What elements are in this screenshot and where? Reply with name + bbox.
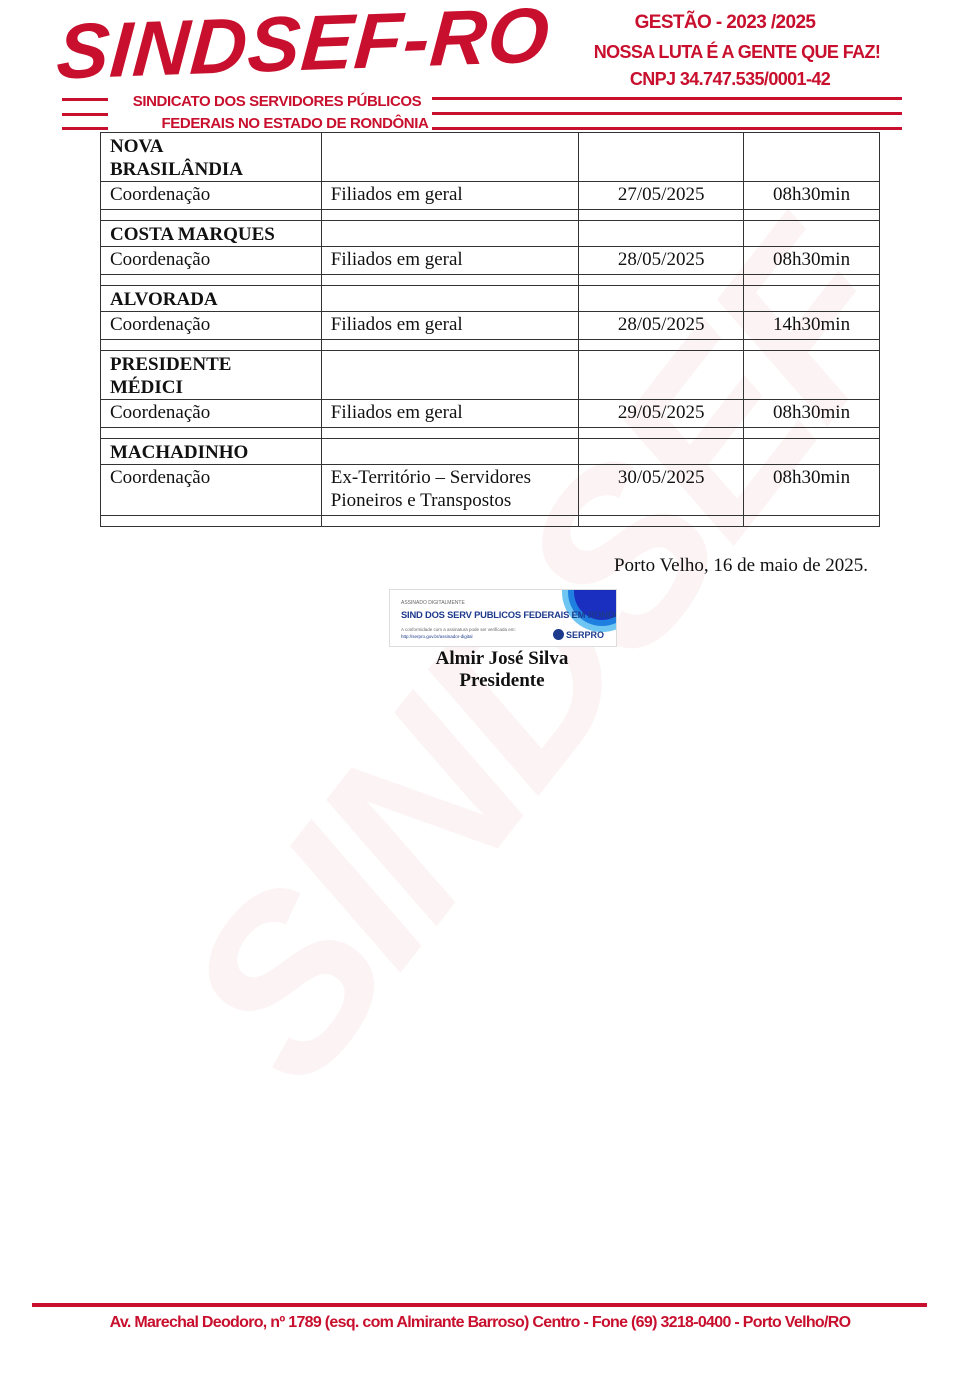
table-row: CoordenaçãoFiliados em geral27/05/202508…: [101, 182, 880, 210]
signer-role: Presidente: [400, 670, 604, 692]
serpro-logo: SERPRO: [553, 629, 604, 640]
meeting-date: 29/05/2025: [579, 400, 744, 428]
empty-cell: [101, 516, 322, 527]
meeting-type: Coordenação: [101, 312, 322, 340]
empty-cell: [744, 221, 880, 247]
location-name-line: NOVA: [110, 135, 312, 158]
meeting-date: 28/05/2025: [579, 312, 744, 340]
empty-cell: [321, 439, 579, 465]
location-name: ALVORADA: [101, 286, 322, 312]
table-row: CoordenaçãoFiliados em geral29/05/202508…: [101, 400, 880, 428]
meeting-time: 08h30min: [744, 182, 880, 210]
schedule-table: NOVABRASILÂNDIACoordenaçãoFiliados em ge…: [100, 132, 880, 527]
location-name-line: PRESIDENTE: [110, 353, 312, 376]
empty-cell: [744, 133, 880, 182]
table-row: CoordenaçãoFiliados em geral28/05/202514…: [101, 312, 880, 340]
empty-cell: [579, 340, 744, 351]
location-name-line: MÉDICI: [110, 376, 312, 399]
empty-cell: [321, 286, 579, 312]
location-name: MACHADINHO: [101, 439, 322, 465]
meeting-time: 08h30min: [744, 465, 880, 516]
empty-cell: [101, 340, 322, 351]
empty-cell: [744, 340, 880, 351]
empty-cell: [101, 210, 322, 221]
spacer-row: [101, 516, 880, 527]
empty-cell: [579, 516, 744, 527]
spacer-row: [101, 275, 880, 286]
slogan: NOSSA LUTA É A GENTE QUE FAZ!: [572, 42, 902, 63]
empty-cell: [321, 428, 579, 439]
meeting-time: 08h30min: [744, 400, 880, 428]
empty-cell: [579, 221, 744, 247]
empty-cell: [744, 275, 880, 286]
org-name-line1: SINDICATO DOS SERVIDORES PÚBLICOS: [12, 93, 542, 110]
meeting-time: 14h30min: [744, 312, 880, 340]
term-label: GESTÃO - 2023 /2025: [605, 12, 845, 34]
meeting-date: 30/05/2025: [579, 465, 744, 516]
empty-cell: [321, 340, 579, 351]
empty-cell: [744, 428, 880, 439]
meeting-date: 28/05/2025: [579, 247, 744, 275]
header-rule: [432, 127, 902, 130]
empty-cell: [579, 286, 744, 312]
footer-rule: [32, 1303, 927, 1307]
empty-cell: [321, 221, 579, 247]
empty-cell: [744, 286, 880, 312]
location-row: MACHADINHO: [101, 439, 880, 465]
spacer-row: [101, 428, 880, 439]
serpro-icon: [553, 629, 564, 640]
header-rule: [432, 97, 902, 100]
empty-cell: [321, 133, 579, 182]
audience-line: Ex-Território – Servidores: [331, 466, 570, 489]
digital-signature-stamp: ASSINADO DIGITALMENTE SIND DOS SERV PUBL…: [389, 589, 617, 647]
audience: Ex-Território – ServidoresPioneiros e Tr…: [321, 465, 579, 516]
stamp-note: A conformidade com a assinatura pode ser…: [401, 627, 516, 632]
empty-cell: [321, 351, 579, 400]
empty-cell: [579, 439, 744, 465]
audience-line: Pioneiros e Transpostos: [331, 489, 570, 512]
empty-cell: [744, 351, 880, 400]
audience: Filiados em geral: [321, 182, 579, 210]
location-name-line: BRASILÂNDIA: [110, 158, 312, 181]
location-row: NOVABRASILÂNDIA: [101, 133, 880, 182]
meeting-date: 27/05/2025: [579, 182, 744, 210]
meeting-type: Coordenação: [101, 400, 322, 428]
location-row: PRESIDENTEMÉDICI: [101, 351, 880, 400]
empty-cell: [321, 275, 579, 286]
audience: Filiados em geral: [321, 400, 579, 428]
empty-cell: [579, 133, 744, 182]
footer-address: Av. Marechal Deodoro, nº 1789 (esq. com …: [30, 1314, 930, 1332]
header-rule: [432, 112, 902, 115]
empty-cell: [321, 210, 579, 221]
org-logo: SINDSEF-RO: [55, 0, 553, 91]
stamp-url: http://serpro.gov.br/assinador-digital: [401, 634, 472, 639]
empty-cell: [744, 439, 880, 465]
location-name: PRESIDENTEMÉDICI: [101, 351, 322, 400]
meeting-type: Coordenação: [101, 465, 322, 516]
meeting-time: 08h30min: [744, 247, 880, 275]
empty-cell: [579, 275, 744, 286]
place-date: Porto Velho, 16 de maio de 2025.: [614, 555, 868, 577]
audience: Filiados em geral: [321, 247, 579, 275]
stamp-entity: SIND DOS SERV PUBLICOS FEDERAIS EM RONDO…: [401, 609, 617, 620]
cnpj: CNPJ 34.747.535/0001-42: [595, 69, 865, 90]
serpro-label: SERPRO: [566, 630, 604, 640]
empty-cell: [321, 516, 579, 527]
stamp-label: ASSINADO DIGITALMENTE: [401, 600, 465, 606]
location-row: COSTA MARQUES: [101, 221, 880, 247]
location-name: COSTA MARQUES: [101, 221, 322, 247]
location-row: ALVORADA: [101, 286, 880, 312]
spacer-row: [101, 340, 880, 351]
empty-cell: [101, 275, 322, 286]
location-name: NOVABRASILÂNDIA: [101, 133, 322, 182]
signer-name: Almir José Silva: [400, 648, 604, 670]
empty-cell: [579, 351, 744, 400]
meeting-type: Coordenação: [101, 182, 322, 210]
audience: Filiados em geral: [321, 312, 579, 340]
empty-cell: [744, 516, 880, 527]
empty-cell: [579, 428, 744, 439]
empty-cell: [101, 428, 322, 439]
spacer-row: [101, 210, 880, 221]
table-row: CoordenaçãoEx-Território – ServidoresPio…: [101, 465, 880, 516]
table-row: CoordenaçãoFiliados em geral28/05/202508…: [101, 247, 880, 275]
empty-cell: [579, 210, 744, 221]
empty-cell: [744, 210, 880, 221]
meeting-type: Coordenação: [101, 247, 322, 275]
